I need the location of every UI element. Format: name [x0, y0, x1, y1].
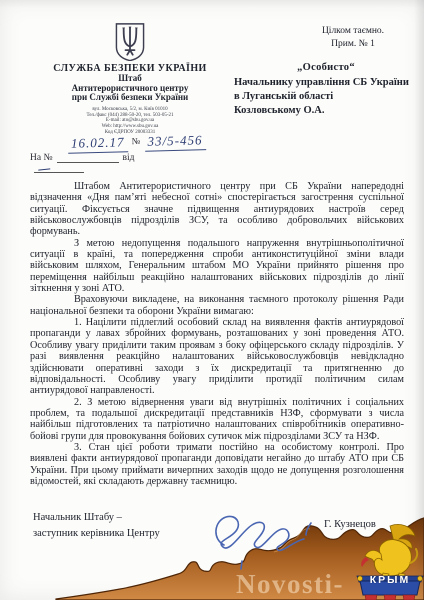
watermark-text: Novosti- [236, 569, 344, 600]
blank-number-field [57, 153, 119, 163]
letter-body: Штабом Антитерористичного центру при СБ … [30, 181, 404, 487]
signature-scribble [208, 503, 320, 573]
reply-prefix: На № [30, 153, 53, 163]
handwritten-number: 33/5-456 [144, 132, 205, 152]
paragraph-item-3: 3. Стан цієї роботи тримати постійно на … [30, 442, 404, 487]
outgoing-reference: 16.02.17 № 33/5-456 [68, 132, 206, 154]
copy-number: Прим. № 1 [296, 38, 410, 51]
recipient-line: Начальнику управління СБ України [234, 76, 418, 90]
reply-from-label: від [123, 153, 135, 163]
griffin-icon [356, 523, 424, 600]
handwritten-date: 16.02.17 [68, 134, 128, 154]
paragraph: Враховуючи викладене, на виконання таємн… [30, 294, 404, 317]
recipient-line: Козловському О.А. [234, 104, 418, 118]
paragraph-item-2: 2. З метою відвернення уваги від внутріш… [30, 397, 404, 442]
paragraph-item-1: 1. Націлити підлеглий особовий склад на … [30, 317, 404, 396]
secrecy-level: Цілком таємно. [296, 25, 410, 38]
recipient-line: в Луганській області [234, 90, 418, 104]
scanned-letter-page: СЛУЖБА БЕЗПЕКИ УКРАЇНИ Штаб Антитерорист… [0, 0, 424, 600]
news-agency-logo: КРЫМ [356, 523, 424, 600]
number-sign: № [132, 136, 141, 146]
recipient-block: „Особисто“ Начальнику управління СБ Укра… [234, 61, 418, 118]
personal-marking: „Особисто“ [234, 61, 418, 75]
handwritten-dash [38, 163, 51, 170]
org-subline: при Службі безпеки України [26, 93, 234, 103]
paragraph: З метою недопущення подальшого напруженн… [30, 238, 404, 295]
secrecy-marking: Цілком таємно. Прим. № 1 [296, 25, 410, 51]
trident-emblem-icon [113, 23, 147, 61]
logo-banner-text: КРЫМ [356, 574, 424, 586]
incoming-reference-line: На №від [30, 153, 155, 173]
letterhead-org-block: СЛУЖБА БЕЗПЕКИ УКРАЇНИ Штаб Антитерорист… [26, 63, 234, 136]
paragraph: Штабом Антитерористичного центру при СБ … [30, 181, 404, 238]
